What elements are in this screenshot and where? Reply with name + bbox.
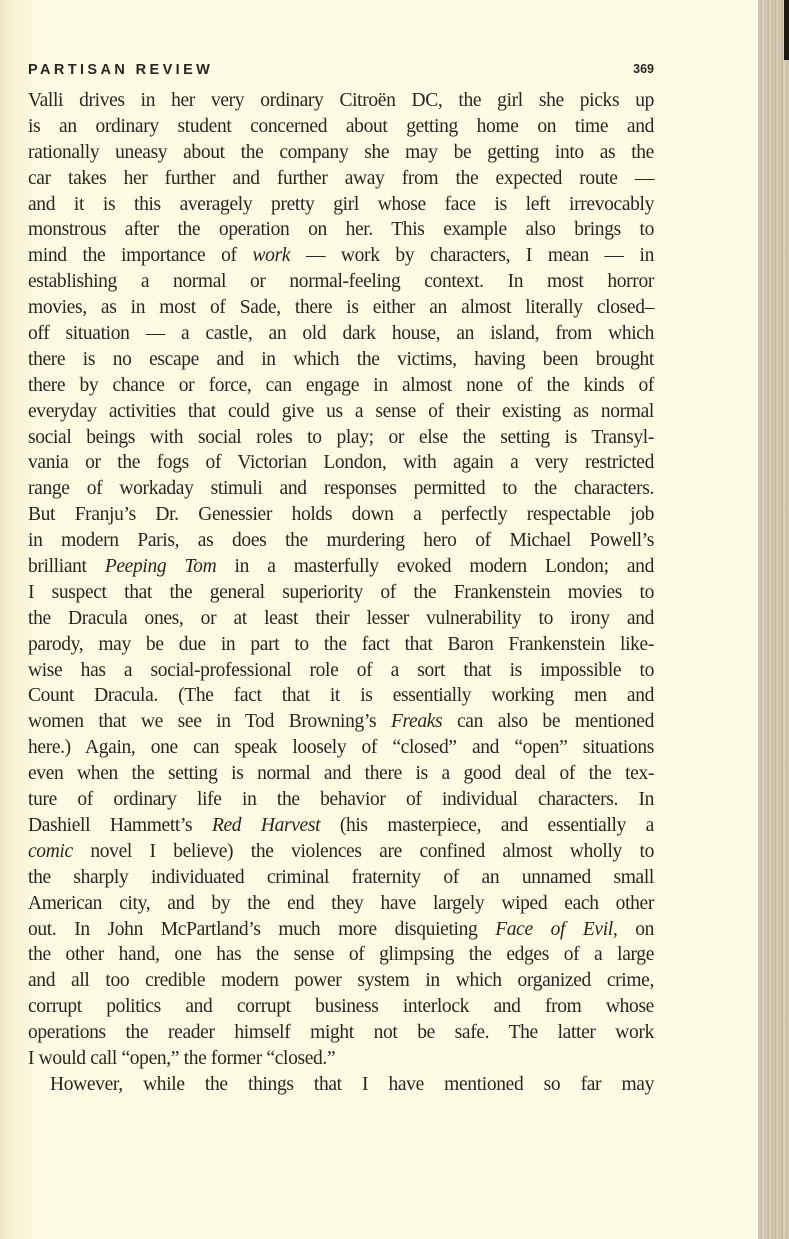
running-head: PARTISAN REVIEW 369 <box>28 62 654 82</box>
text-line: ture of ordinary life in the behavior of… <box>28 787 654 813</box>
page-number: 369 <box>633 62 654 76</box>
text-line: parody, may be due in part to the fact t… <box>28 632 654 658</box>
text-run: brilliant <box>28 556 105 577</box>
text-run: mind the importance of <box>28 245 253 266</box>
text-line: wise has a social-professional role of a… <box>28 658 654 684</box>
text-line: corrupt politics and corrupt business in… <box>28 994 654 1020</box>
text-run: (his masterpiece, and essentially a <box>320 815 654 836</box>
paragraph-start-line: However, while the things that I have me… <box>28 1072 654 1098</box>
text-line: I would call “open,” the former “closed.… <box>28 1046 654 1072</box>
journal-title: PARTISAN REVIEW <box>28 62 213 78</box>
text-line: there is no escape and in which the vict… <box>28 347 654 373</box>
book-title-red-harvest: Red Harvest <box>212 815 320 836</box>
text-line: monstrous after the operation on her. Th… <box>28 217 654 243</box>
text-line: brilliant Peeping Tom in a masterfully e… <box>28 554 654 580</box>
text-line: in modern Paris, as does the murdering h… <box>28 528 654 554</box>
text-run: women that we see in Tod Browning’s <box>28 711 391 732</box>
page-edge-stack <box>758 0 789 1239</box>
text-line: and it is this averagely pretty girl who… <box>28 192 654 218</box>
text-line: establishing a normal or normal-feeling … <box>28 269 654 295</box>
text-line: But Franju’s Dr. Genessier holds down a … <box>28 502 654 528</box>
text-run: novel I believe) the violences are confi… <box>73 841 654 862</box>
text-line: Valli drives in her very ordinary Citroë… <box>28 88 654 114</box>
film-title-freaks: Freaks <box>391 711 442 732</box>
page-edge-shadow <box>784 0 789 60</box>
text-line: out. In John McPartland’s much more disq… <box>28 917 654 943</box>
text-run: on <box>617 919 654 940</box>
text-run: — work by characters, I mean — in <box>290 245 654 266</box>
text-line: here.) Again, one can speak loosely of “… <box>28 735 654 761</box>
text-line: is an ordinary student concerned about g… <box>28 114 654 140</box>
text-run: in a masterfully evoked modern London; a… <box>216 556 654 577</box>
film-title-peeping-tom: Peeping Tom <box>105 556 217 577</box>
text-line: the sharply individuated criminal frater… <box>28 865 654 891</box>
text-line: Count Dracula. (The fact that it is esse… <box>28 683 654 709</box>
text-run: Dashiell Hammett’s <box>28 815 212 836</box>
italic-emphasis: work <box>253 245 291 266</box>
text-line: vania or the fogs of Victorian London, w… <box>28 450 654 476</box>
text-run: can also be mentioned <box>442 711 654 732</box>
text-line: there by chance or force, can engage in … <box>28 373 654 399</box>
italic-emphasis: comic <box>28 841 73 862</box>
text-line: mind the importance of work — work by ch… <box>28 243 654 269</box>
text-line: I suspect that the general superiority o… <box>28 580 654 606</box>
book-title-face-of-evil: Face of Evil, <box>495 919 617 940</box>
text-line: the other hand, one has the sense of gli… <box>28 942 654 968</box>
text-line: everyday activities that could give us a… <box>28 399 654 425</box>
text-line: the Dracula ones, or at least their less… <box>28 606 654 632</box>
body-text: Valli drives in her very ordinary Citroë… <box>28 88 654 1098</box>
text-line: and all too credible modern power system… <box>28 968 654 994</box>
text-line: off situation — a castle, an old dark ho… <box>28 321 654 347</box>
text-line: women that we see in Tod Browning’s Frea… <box>28 709 654 735</box>
text-line: social beings with social roles to play;… <box>28 425 654 451</box>
text-run: out. In John McPartland’s much more disq… <box>28 919 495 940</box>
text-line: even when the setting is normal and ther… <box>28 761 654 787</box>
text-line: American city, and by the end they have … <box>28 891 654 917</box>
text-line: operations the reader himself might not … <box>28 1020 654 1046</box>
text-line: movies, as in most of Sade, there is eit… <box>28 295 654 321</box>
text-line: Dashiell Hammett’s Red Harvest (his mast… <box>28 813 654 839</box>
text-line: car takes her further and further away f… <box>28 166 654 192</box>
text-line: rationally uneasy about the company she … <box>28 140 654 166</box>
text-line: range of workaday stimuli and responses … <box>28 476 654 502</box>
text-line: comic novel I believe) the violences are… <box>28 839 654 865</box>
